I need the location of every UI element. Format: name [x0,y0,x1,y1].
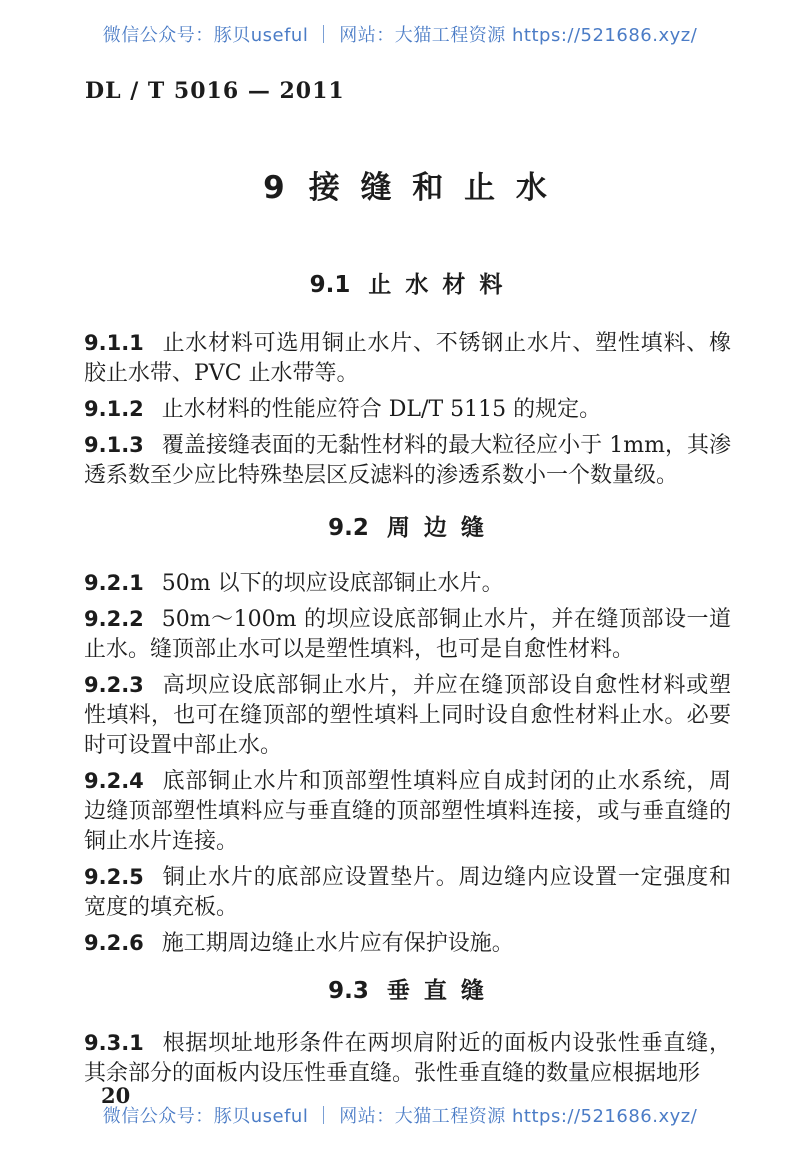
clause-text: 铜止水片的底部应设置垫片。周边缝内应设置一定强度和宽度的填充板。 [84,865,731,920]
chapter-number: 9 [263,170,285,206]
section-title-text: 周 边 缝 [387,515,487,541]
clause-text: 止水材料可选用铜止水片、不锈钢止水片、塑性填料、橡胶止水带、PVC 止水带等。 [84,331,731,386]
clause-number: 9.2.5 [84,865,144,889]
section-9-3: 9.3垂 直 缝 9.3.1根据坝址地形条件在两坝肩附近的面板内设张性垂直缝，其… [84,964,731,1094]
clause-number: 9.2.4 [84,769,144,793]
document-body: 9接 缝 和 止 水 9.1止 水 材 料 9.1.1止水材料可选用铜止水片、不… [84,0,731,1094]
section-title-text: 止 水 材 料 [368,272,505,298]
clause-9-1-2: 9.1.2止水材料的性能应符合 DL/T 5115 的规定。 [84,394,731,425]
clause-number: 9.1.2 [84,397,144,421]
clause-text: 50m 以下的坝应设底部铜止水片。 [162,571,504,596]
clause-9-2-6: 9.2.6施工期周边缝止水片应有保护设施。 [84,928,731,959]
section-number: 9.2 [328,515,369,541]
clause-9-2-4: 9.2.4底部铜止水片和顶部塑性填料应自成封闭的止水系统，周边缝顶部塑性填料应与… [84,766,731,857]
clause-9-2-3: 9.2.3高坝应设底部铜止水片，并应在缝顶部设自愈性材料或塑性填料，也可在缝顶部… [84,670,731,761]
clause-9-3-1: 9.3.1根据坝址地形条件在两坝肩附近的面板内设张性垂直缝，其余部分的面板内设压… [84,1028,731,1089]
clause-number: 9.1.1 [84,331,144,355]
clause-9-2-1: 9.2.150m 以下的坝应设底部铜止水片。 [84,568,731,599]
clause-number: 9.2.1 [84,571,144,595]
clause-number: 9.2.3 [84,673,144,697]
clause-number: 9.2.6 [84,931,144,955]
clause-9-2-5: 9.2.5铜止水片的底部应设置垫片。周边缝内应设置一定强度和宽度的填充板。 [84,862,731,923]
section-title-text: 垂 直 缝 [387,978,487,1004]
watermark-bottom: 微信公众号：豚贝useful ｜ 网站：大猫工程资源 https://52168… [0,1102,800,1128]
clause-number: 9.2.2 [84,607,144,631]
clause-9-1-1: 9.1.1止水材料可选用铜止水片、不锈钢止水片、塑性填料、橡胶止水带、PVC 止… [84,328,731,389]
section-number: 9.3 [328,978,369,1004]
clause-text: 覆盖接缝表面的无黏性材料的最大粒径应小于 1mm，其渗透系数至少应比特殊垫层区反… [84,433,731,488]
section-heading: 9.3垂 直 缝 [84,976,731,1006]
section-number: 9.1 [310,272,351,298]
clause-9-2-2: 9.2.250m～100m 的坝应设底部铜止水片，并在缝顶部设一道止水。缝顶部止… [84,604,731,665]
section-9-2: 9.2周 边 缝 9.2.150m 以下的坝应设底部铜止水片。 9.2.250m… [84,496,731,964]
chapter-title-text: 接 缝 和 止 水 [309,170,552,206]
clause-number: 9.3.1 [84,1031,144,1055]
clause-text: 止水材料的性能应符合 DL/T 5115 的规定。 [162,397,601,422]
section-heading: 9.1止 水 材 料 [84,270,731,300]
clause-number: 9.1.3 [84,433,144,457]
clause-text: 50m～100m 的坝应设底部铜止水片，并在缝顶部设一道止水。缝顶部止水可以是塑… [84,607,731,662]
clause-text: 根据坝址地形条件在两坝肩附近的面板内设张性垂直缝，其余部分的面板内设压性垂直缝。… [84,1031,731,1086]
chapter-title: 9接 缝 和 止 水 [84,170,731,206]
clause-9-1-3: 9.1.3覆盖接缝表面的无黏性材料的最大粒径应小于 1mm，其渗透系数至少应比特… [84,430,731,491]
section-9-1: 9.1止 水 材 料 9.1.1止水材料可选用铜止水片、不锈钢止水片、塑性填料、… [84,206,731,496]
section-heading: 9.2周 边 缝 [84,513,731,543]
clause-text: 施工期周边缝止水片应有保护设施。 [162,931,514,956]
clause-text: 高坝应设底部铜止水片，并应在缝顶部设自愈性材料或塑性填料，也可在缝顶部的塑性填料… [84,673,731,758]
clause-text: 底部铜止水片和顶部塑性填料应自成封闭的止水系统，周边缝顶部塑性填料应与垂直缝的顶… [84,769,731,854]
